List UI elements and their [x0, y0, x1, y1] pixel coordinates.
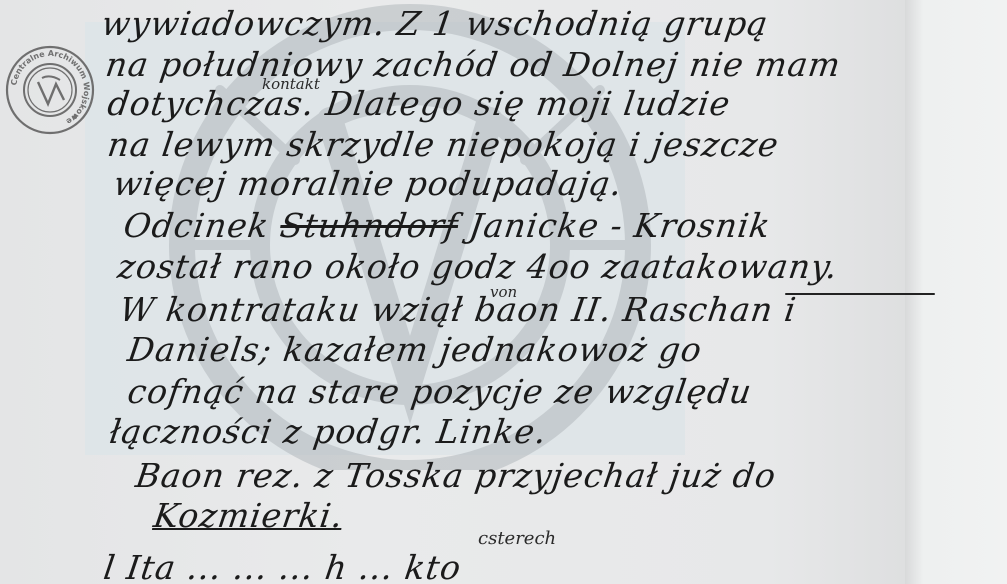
scan-margin	[905, 0, 1007, 584]
text-line: dotychczas. Dlatego się moji ludzie	[105, 84, 733, 123]
text-line: Kozmierki.	[151, 496, 346, 535]
underline-stroke	[785, 293, 935, 295]
text-line: łączności z podgr. Linke.	[107, 412, 549, 451]
struck-word: Stuhndorf	[278, 206, 461, 245]
text-line: na południowy zachód od Dolnej nie mam	[103, 45, 843, 84]
inserted-word: csterech	[478, 528, 556, 549]
text-line: wywiadowczym. Z 1 wschodnią grupą	[99, 4, 771, 43]
line-text-after: Janicke - Krosnik	[467, 206, 773, 245]
text-line-partial: l Ita ... ... ... h ... kto	[101, 548, 464, 584]
text-line: na lewym skrzydle niepokoją i jeszcze	[105, 125, 781, 164]
text-line: W kontrataku wziął baon II. Raschan i	[117, 290, 799, 329]
text-line: Daniels; kazałem jednakowoż go	[125, 330, 704, 369]
svg-text:Centralne Archiwum Wojskowe: Centralne Archiwum Wojskowe	[9, 49, 91, 127]
text-line: Baon rez. z Tosska przyjechał już do	[133, 456, 779, 495]
text-line: cofnąć na stare pozycje ze względu	[125, 372, 754, 411]
underlined-place-name: Kozmierki.	[151, 496, 346, 535]
text-line: więcej moralnie podupadają.	[111, 164, 625, 203]
text-line: został rano około godz 4oo zaatakowany.	[115, 247, 840, 286]
archive-stamp-icon: Centralne Archiwum Wojskowe	[4, 44, 96, 136]
text-line: Odcinek Stuhndorf Janicke - Krosnik	[121, 206, 773, 245]
line-text-before: Odcinek	[121, 206, 271, 245]
